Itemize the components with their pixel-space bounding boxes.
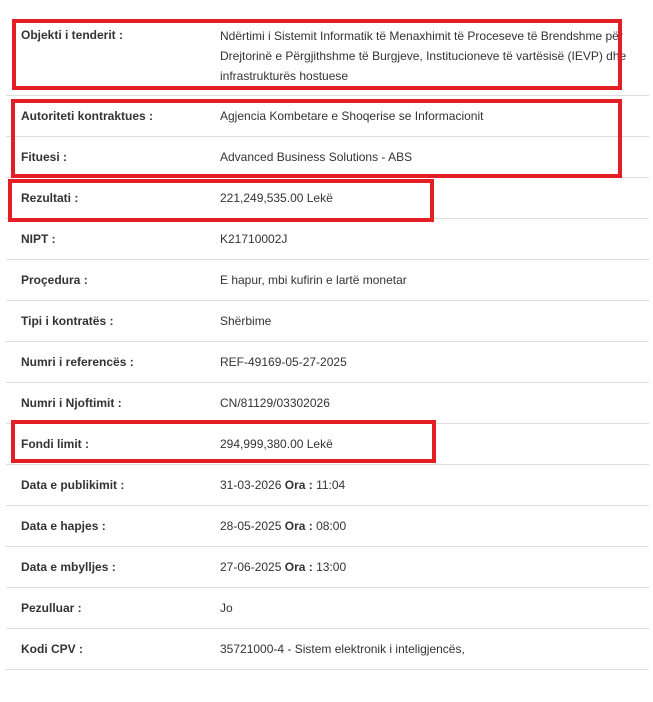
label-nipt: NIPT :	[6, 219, 220, 259]
value-kodi-cpv: 35721000-4 - Sistem elektronik i intelig…	[220, 629, 649, 669]
row-numri-i-references: Numri i referencës : REF-49169-05-27-202…	[6, 342, 649, 383]
row-procedura: Proçedura : E hapur, mbi kufirin e lartë…	[6, 260, 649, 301]
row-objekti-i-tenderit: Objekti i tenderit : Ndërtimi i Sistemit…	[6, 14, 649, 96]
opening-time: 08:00	[316, 519, 346, 533]
row-tipi-i-kontrates: Tipi i kontratës : Shërbime	[6, 301, 649, 342]
value-fondi-limit: 294,999,380.00 Lekë	[220, 424, 649, 464]
publication-time-label: Ora :	[285, 478, 313, 492]
label-data-e-hapjes: Data e hapjes :	[6, 506, 220, 546]
label-objekti-i-tenderit: Objekti i tenderit :	[6, 27, 220, 95]
row-data-e-hapjes: Data e hapjes : 28-05-2025 Ora : 08:00	[6, 506, 649, 547]
publication-date: 31-03-2026	[220, 478, 281, 492]
opening-date: 28-05-2025	[220, 519, 281, 533]
value-rezultati: 221,249,535.00 Lekë	[220, 178, 649, 218]
publication-time: 11:04	[316, 478, 345, 492]
row-nipt: NIPT : K21710002J	[6, 219, 649, 260]
value-objekti-i-tenderit: Ndërtimi i Sistemit Informatik të Menaxh…	[220, 26, 649, 95]
label-kodi-cpv: Kodi CPV :	[6, 629, 220, 669]
label-numri-i-references: Numri i referencës :	[6, 342, 220, 382]
value-numri-i-references: REF-49169-05-27-2025	[220, 342, 649, 382]
label-numri-i-njoftimit: Numri i Njoftimit :	[6, 383, 220, 423]
label-rezultati: Rezultati :	[6, 178, 220, 218]
label-pezulluar: Pezulluar :	[6, 588, 220, 628]
value-fituesi: Advanced Business Solutions - ABS	[220, 137, 649, 177]
value-procedura: E hapur, mbi kufirin e lartë monetar	[220, 260, 649, 300]
value-data-e-hapjes: 28-05-2025 Ora : 08:00	[220, 506, 649, 546]
row-fondi-limit: Fondi limit : 294,999,380.00 Lekë	[6, 424, 649, 465]
label-fondi-limit: Fondi limit :	[6, 424, 220, 464]
row-data-e-publikimit: Data e publikimit : 31-03-2026 Ora : 11:…	[6, 465, 649, 506]
row-numri-i-njoftimit: Numri i Njoftimit : CN/81129/03302026	[6, 383, 649, 424]
label-fituesi: Fituesi :	[6, 137, 220, 177]
row-autoriteti-kontraktues: Autoriteti kontraktues : Agjencia Kombet…	[6, 96, 649, 137]
label-tipi-i-kontrates: Tipi i kontratës :	[6, 301, 220, 341]
tender-details-table: Objekti i tenderit : Ndërtimi i Sistemit…	[6, 14, 649, 670]
label-procedura: Proçedura :	[6, 260, 220, 300]
row-rezultati: Rezultati : 221,249,535.00 Lekë	[6, 178, 649, 219]
label-autoriteti-kontraktues: Autoriteti kontraktues :	[6, 96, 220, 136]
label-data-e-publikimit: Data e publikimit :	[6, 465, 220, 505]
value-autoriteti-kontraktues: Agjencia Kombetare e Shoqerise se Inform…	[220, 96, 649, 136]
row-kodi-cpv: Kodi CPV : 35721000-4 - Sistem elektroni…	[6, 629, 649, 670]
value-numri-i-njoftimit: CN/81129/03302026	[220, 383, 649, 423]
row-fituesi: Fituesi : Advanced Business Solutions - …	[6, 137, 649, 178]
closing-time-label: Ora :	[285, 560, 313, 574]
opening-time-label: Ora :	[285, 519, 313, 533]
label-data-e-mbylljes: Data e mbylljes :	[6, 547, 220, 587]
value-data-e-publikimit: 31-03-2026 Ora : 11:04	[220, 465, 649, 505]
row-data-e-mbylljes: Data e mbylljes : 27-06-2025 Ora : 13:00	[6, 547, 649, 588]
closing-date: 27-06-2025	[220, 560, 281, 574]
value-pezulluar: Jo	[220, 588, 649, 628]
value-data-e-mbylljes: 27-06-2025 Ora : 13:00	[220, 547, 649, 587]
value-nipt: K21710002J	[220, 219, 649, 259]
value-tipi-i-kontrates: Shërbime	[220, 301, 649, 341]
row-pezulluar: Pezulluar : Jo	[6, 588, 649, 629]
closing-time: 13:00	[316, 560, 346, 574]
